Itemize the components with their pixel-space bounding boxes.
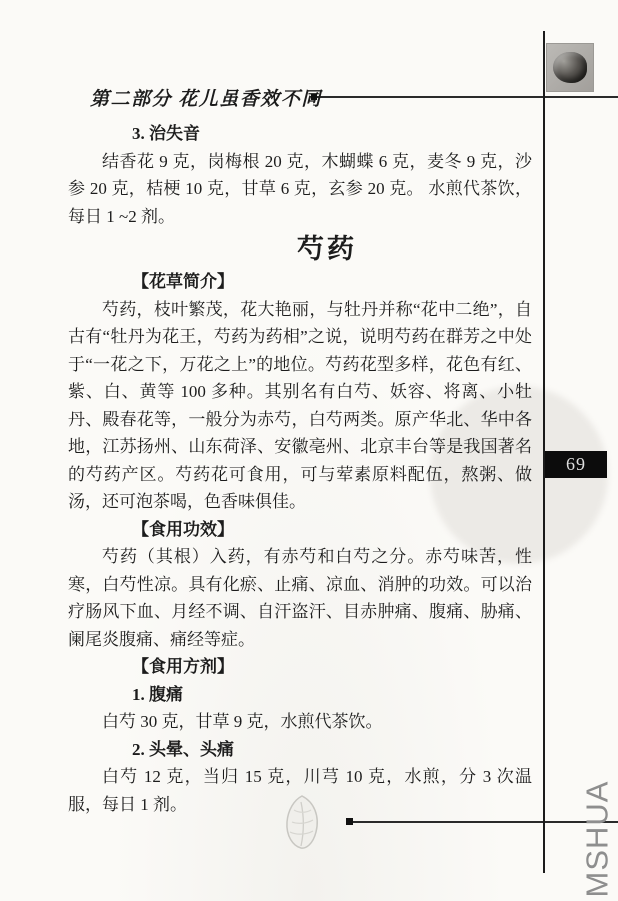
- section-heading-intro: 【花草简介】: [68, 268, 532, 296]
- section-heading-recipes: 【食用方剂】: [68, 653, 532, 681]
- paragraph-voice-loss: 结香花 9 克，岗梅根 20 克，木蝴蝶 6 克，麦冬 9 克，沙参 20 克，…: [68, 148, 532, 231]
- recipe-1-text: 白芍 30 克，甘草 9 克，水煎代茶饮。: [68, 708, 532, 736]
- page-number: 69: [566, 454, 586, 475]
- paragraph-intro: 芍药，枝叶繁茂，花大艳丽，与牡丹并称“花中二绝”，自古有“牡丹为花王，芍药为药相…: [68, 296, 532, 516]
- recipe-2-name: 2. 头晕、头痛: [68, 736, 532, 764]
- footer-rule-bullet: [346, 818, 353, 825]
- chapter-ornament: [547, 44, 593, 91]
- running-head: 第二部分 花儿虽香效不同: [90, 84, 322, 111]
- text-column: 3. 治失音 结香花 9 克，岗梅根 20 克，木蝴蝶 6 克，麦冬 9 克，沙…: [68, 120, 532, 818]
- flower-sphere-icon: [553, 52, 587, 83]
- book-page: 第二部分 花儿虽香效不同 69 3. 治失音 结香花 9 克，岗梅根 20 克，…: [0, 0, 618, 901]
- leaf-icon: [280, 792, 324, 857]
- recipe-1-name: 1. 腹痛: [68, 681, 532, 709]
- scanner-watermark: MSHUA: [542, 784, 618, 894]
- paragraph-effects: 芍药（其根）入药，有赤芍和白芍之分。赤芍味苦，性寒，白芍性凉。具有化瘀、止痛、凉…: [68, 543, 532, 653]
- page-number-badge: 69: [545, 451, 607, 478]
- section-heading-voice-loss: 3. 治失音: [68, 120, 532, 148]
- scanner-watermark-text: MSHUA: [579, 781, 615, 898]
- header-rule-bullet: [311, 94, 317, 100]
- header-rule: [317, 96, 618, 98]
- section-heading-effects: 【食用功效】: [68, 516, 532, 544]
- article-title: 芍药: [68, 230, 532, 268]
